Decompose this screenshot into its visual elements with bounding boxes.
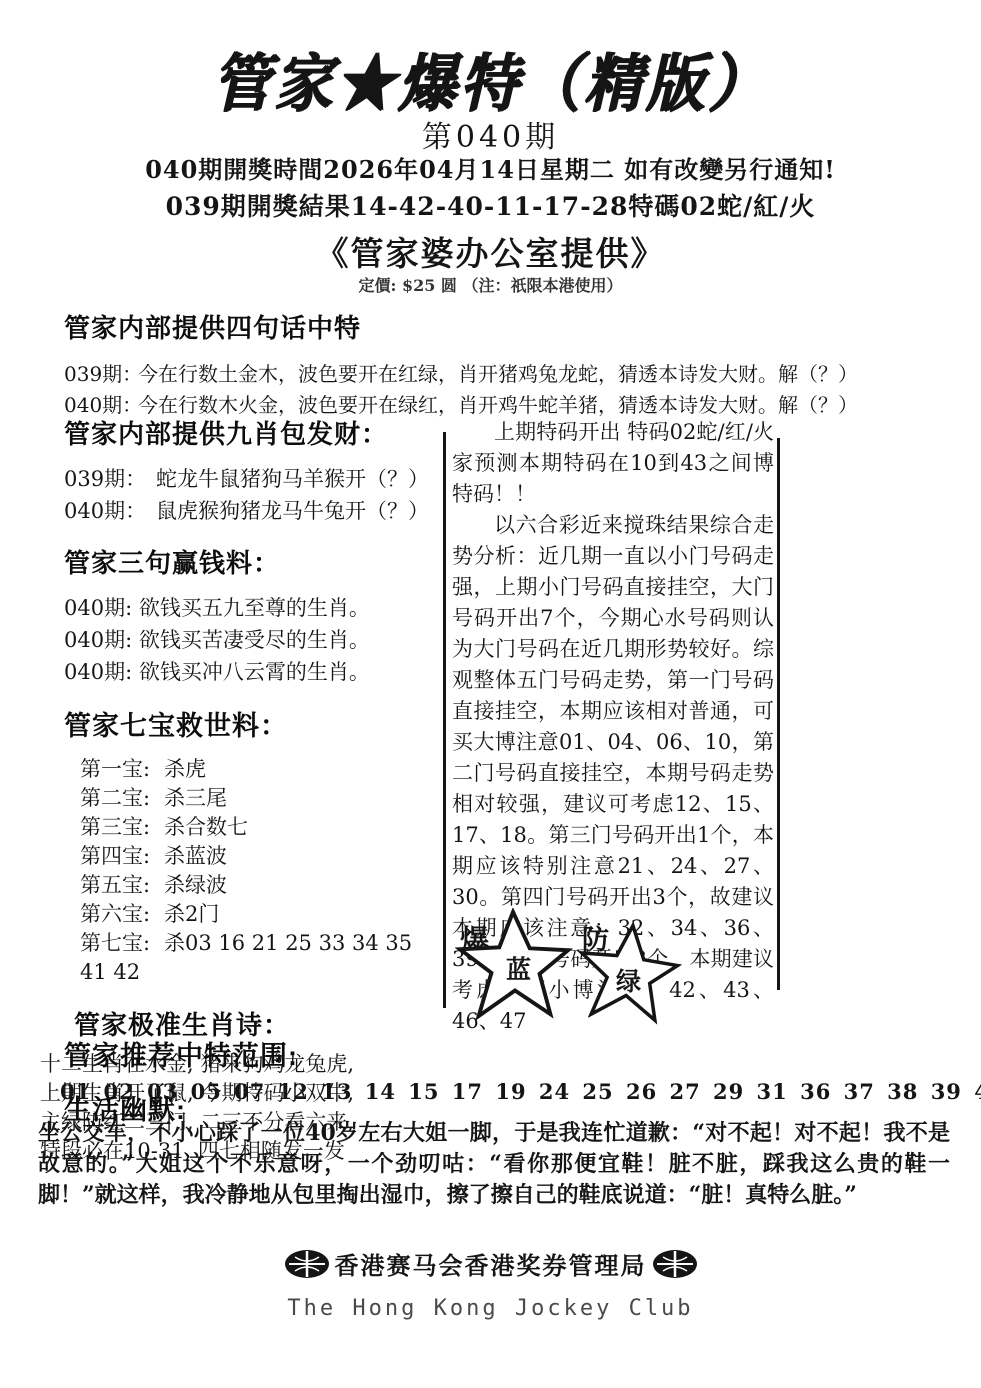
four-sentences-row: 039期：今在行数土金木，波色要开在红绿，肖开猪鸡兔龙蛇，猜透本诗发大财。解（？… [64, 359, 954, 390]
section-recommend-range: 管家推荐中特范围: 01 02 03 05 07 12 13 14 15 17 … [64, 1034, 964, 1104]
treasure-row: 第三宝:杀合数七 [80, 813, 444, 842]
tip-sheet-page: 管家★爆特（精版） 第040期 040期開獎時間2026年04月14日星期二 如… [0, 0, 981, 1388]
page-title: 管家★爆特（精版） [0, 33, 981, 124]
three-sentences-row: 040期: 欲钱买冲八云霄的生肖。 [64, 656, 444, 688]
section-heading: 管家七宝救世料： [64, 704, 444, 743]
row-label: 039期： [64, 359, 138, 390]
row-text: 杀虎 [164, 757, 206, 781]
row-label: 第三宝: [80, 813, 164, 842]
nine-zodiac-row: 040期：鼠虎猴狗猪龙马牛兔开（？） [64, 495, 444, 527]
row-label: 第四宝: [80, 842, 164, 871]
row-label: 039期： [64, 463, 156, 495]
row-label: 第六宝: [80, 900, 164, 929]
section-nine-zodiac: 管家内部提供九肖包发财： 039期：蛇龙牛鼠猪狗马羊猴开（？） 040期：鼠虎猴… [64, 414, 444, 527]
footer-logo-row: 香港赛马会香港奖券管理局 [0, 1246, 981, 1281]
row-text: 杀蓝波 [164, 844, 227, 868]
row-label: 040期： [64, 495, 156, 527]
row-label: 第一宝: [80, 755, 164, 784]
treasure-row: 第二宝:杀三尾 [80, 784, 444, 813]
row-text: 鼠虎猴狗猪龙马牛兔开（？） [156, 499, 429, 523]
blue-star-text: 蓝 [506, 950, 531, 986]
treasure-row: 第四宝:杀蓝波 [80, 842, 444, 871]
recommend-numbers: 01 02 03 05 07 12 13 14 15 17 19 24 25 2… [60, 1079, 964, 1104]
section-four-sentences: 管家内部提供四句话中特 039期：今在行数土金木，波色要开在红绿，肖开猪鸡兔龙蛇… [64, 308, 954, 421]
draw-time-line: 040期開獎時間2026年04月14日星期二 如有改變另行通知! [0, 150, 981, 185]
section-seven-treasures: 管家七宝救世料： 第一宝:杀虎 第二宝:杀三尾 第三宝:杀合数七 第四宝:杀蓝波… [64, 704, 444, 987]
row-text: 杀合数七 [164, 815, 248, 839]
section-heading: 管家内部提供四句话中特 [64, 308, 954, 345]
provider-line: 《管家婆办公室提供》 [0, 228, 981, 275]
row-text: 杀绿波 [164, 873, 227, 897]
section-heading: 管家内部提供九肖包发财： [64, 414, 444, 451]
right-box-right-border [777, 438, 780, 990]
price-note: 定價: $25 圆 （注：祇限本港使用） [0, 273, 981, 296]
treasure-row: 第五宝:杀绿波 [80, 871, 444, 900]
last-result-line: 039期開獎結果14-42-40-11-17-28特碼02蛇/紅/火 [0, 187, 981, 223]
row-text: 蛇龙牛鼠猪狗马羊猴开（？） [156, 467, 429, 491]
treasure-row: 第一宝:杀虎 [80, 755, 444, 784]
row-text: 今在行数土金木，波色要开在红绿，肖开猪鸡兔龙蛇，猜透本诗发大财。解（？） [138, 362, 858, 386]
row-label: 第五宝: [80, 871, 164, 900]
section-heading: 管家三句赢钱料： [64, 543, 444, 580]
hkjc-emblem-icon [283, 1247, 331, 1281]
section-three-sentences: 管家三句赢钱料： 040期: 欲钱买五九至尊的生肖。 040期: 欲钱买苦凄受尽… [64, 543, 444, 688]
row-text: 杀三尾 [164, 786, 227, 810]
nine-zodiac-row: 039期：蛇龙牛鼠猪狗马羊猴开（？） [64, 463, 444, 495]
analysis-paragraph-1: 上期特码开出 特码02蛇/红/火家预测本期特码在10到43之间博特码！！ [452, 417, 774, 510]
humor-text: 坐公交车，不小心踩了一位40岁左右大姐一脚，于是我连忙道歉：“对不起！对不起！我… [38, 1118, 950, 1211]
row-label: 第七宝: [80, 929, 164, 958]
green-star-text: 绿 [616, 962, 641, 998]
right-box-left-border [443, 432, 446, 1008]
treasure-row: 第七宝:杀03 16 21 25 33 34 35 41 42 [80, 929, 444, 987]
three-sentences-row: 040期: 欲钱买苦凄受尽的生肖。 [64, 624, 444, 656]
hkjc-emblem-icon [651, 1247, 699, 1281]
footer-org-name-en: The Hong Kong Jockey Club [0, 1296, 981, 1321]
treasure-row: 第六宝:杀2门 [80, 900, 444, 929]
row-text: 杀2门 [164, 902, 219, 926]
footer-org-name: 香港赛马会香港奖券管理局 [335, 1246, 647, 1281]
three-sentences-row: 040期: 欲钱买五九至尊的生肖。 [64, 592, 444, 624]
row-label: 第二宝: [80, 784, 164, 813]
section-heading: 管家推荐中特范围: [64, 1034, 964, 1073]
